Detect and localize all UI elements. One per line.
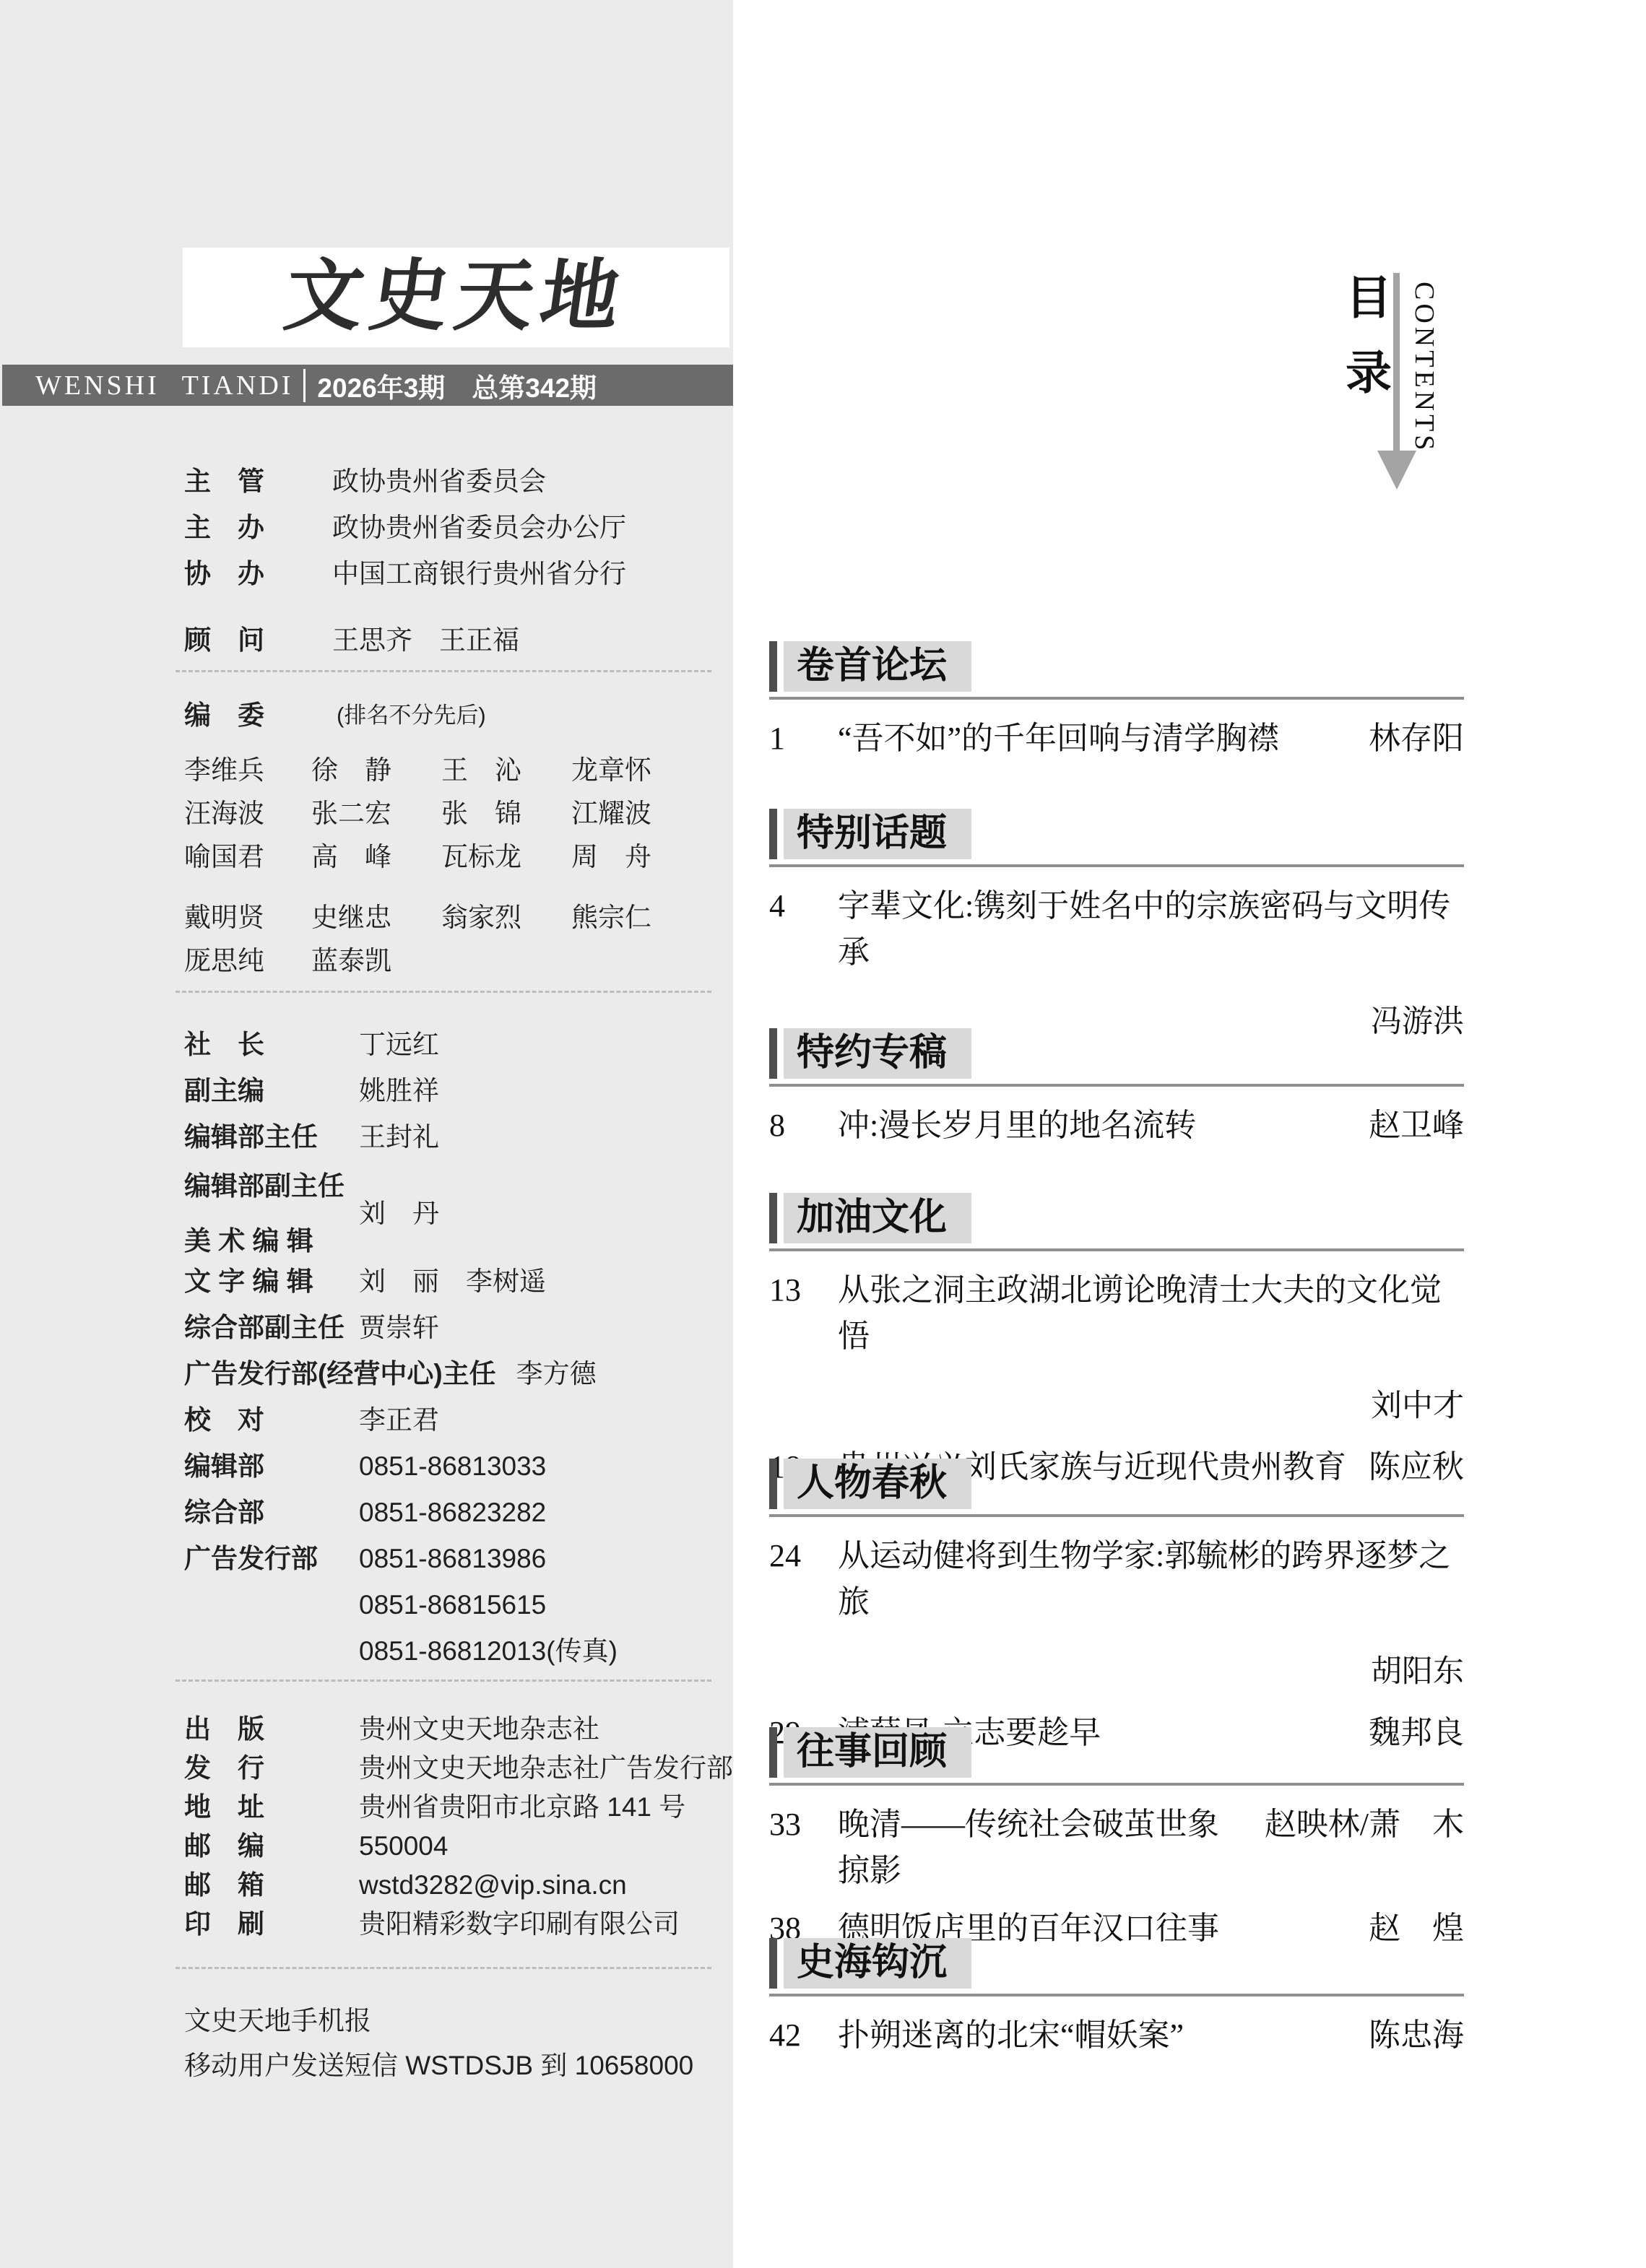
committee-row: 李维兵 徐 静 王 沁 龙章怀 bbox=[184, 748, 716, 787]
staff-label: 编辑部副主任 bbox=[184, 1164, 359, 1203]
article-title: 从张之洞主政湖北谫论晚清士大夫的文化觉悟 bbox=[838, 1267, 1464, 1360]
phone-number: 0851-86812013(传真) bbox=[359, 1635, 618, 1668]
section-accent-bar bbox=[769, 1193, 777, 1243]
staff-row-ad-director: 广告发行部(经营中心)主任 李方德 bbox=[184, 1357, 716, 1391]
committee-member: 徐 静 bbox=[311, 748, 441, 787]
staff-label: 校 对 bbox=[184, 1404, 359, 1437]
committee-member: 厐思纯 bbox=[184, 939, 311, 978]
info-row-supervisor: 主 管 政协贵州省委员会 bbox=[184, 465, 716, 498]
section-accent-bar bbox=[769, 1459, 777, 1509]
article-title: 扑朔迷离的北宋“帽妖案” bbox=[838, 2012, 1354, 2059]
contact-label: 广告发行部 bbox=[184, 1542, 359, 1576]
mobile-news-instruction: 移动用户发送短信 WSTDSJB 到 10658000 bbox=[184, 2043, 693, 2082]
staff-value: 丁远红 bbox=[359, 1028, 439, 1061]
staff-label: 文 字 编 辑 bbox=[184, 1265, 359, 1298]
committee-row: 厐思纯 蓝泰凯 bbox=[184, 939, 716, 978]
info-label: 主 管 bbox=[184, 465, 332, 498]
section-rule bbox=[769, 1514, 1464, 1517]
publishing-value: 贵州省贵阳市北京路 141 号 bbox=[359, 1791, 685, 1824]
magazine-name-pinyin: WENSHI TIANDI bbox=[35, 370, 293, 401]
publishing-label: 发 行 bbox=[184, 1752, 359, 1785]
dashed-divider bbox=[176, 1680, 711, 1682]
page-number: 1 bbox=[769, 716, 838, 762]
page-number: 33 bbox=[769, 1802, 838, 1894]
toc-entry: 24 从运动健将到生物学家:郭毓彬的跨界逐梦之旅 bbox=[769, 1533, 1464, 1625]
committee-member: 周 舟 bbox=[571, 835, 716, 874]
staff-label: 副主编 bbox=[184, 1074, 359, 1108]
staff-row-deputy-editor: 副主编 姚胜祥 bbox=[184, 1074, 716, 1108]
contact-label: 编辑部 bbox=[184, 1450, 359, 1483]
info-value: 政协贵州省委员会 bbox=[332, 465, 546, 498]
staff-value: 李正君 bbox=[359, 1404, 439, 1437]
dashed-divider bbox=[176, 991, 711, 993]
toc-entry: 1 “吾不如”的千年回响与清学胸襟 林存阳 bbox=[769, 716, 1464, 762]
section-title: 往事回顾 bbox=[784, 1727, 971, 1778]
section-title: 卷首论坛 bbox=[784, 641, 971, 692]
committee-row: 喻国君 高 峰 瓦标龙 周 舟 bbox=[184, 835, 716, 874]
committee-member: 戴明贤 bbox=[184, 895, 311, 934]
info-row-advisors: 顾 问 王思齐 王正福 bbox=[184, 624, 716, 657]
issue-bar-divider bbox=[303, 369, 306, 402]
page-number: 8 bbox=[769, 1103, 838, 1149]
masthead-panel: 文史天地 WENSHI TIANDI 2026年3期 总第342期 主 管 政协… bbox=[0, 0, 733, 2268]
contact-row-general: 综合部 0851-86823282 bbox=[184, 1496, 716, 1529]
publishing-label: 地 址 bbox=[184, 1791, 359, 1824]
dashed-divider bbox=[176, 1967, 711, 1969]
staff-label: 社 长 bbox=[184, 1028, 359, 1061]
staff-row-general-deputy: 综合部副主任 贾崇轩 bbox=[184, 1311, 716, 1344]
section-rule bbox=[769, 697, 1464, 700]
article-author: 赵卫峰 bbox=[1369, 1103, 1464, 1149]
publishing-row-postcode: 邮 编 550004 bbox=[184, 1830, 716, 1863]
contact-label bbox=[184, 1589, 359, 1622]
phone-number: 0851-86815615 bbox=[359, 1589, 546, 1622]
article-title: 冲:漫长岁月里的地名流转 bbox=[838, 1103, 1354, 1149]
info-label: 主 办 bbox=[184, 511, 332, 544]
phone-number: 0851-86823282 bbox=[359, 1496, 546, 1529]
magazine-logo: 文史天地 bbox=[280, 258, 632, 336]
toc-entry: 33 晚清——传统社会破茧世象掠影 赵映林/萧 木 bbox=[769, 1802, 1464, 1894]
issue-bar: WENSHI TIANDI 2026年3期 总第342期 bbox=[2, 365, 733, 406]
staff-row-double: 编辑部副主任 美 术 编 辑 刘 丹 bbox=[184, 1164, 716, 1258]
section-rule bbox=[769, 1994, 1464, 1997]
magazine-logo-box: 文史天地 bbox=[183, 248, 729, 347]
toc-section-shihai: 史海钩沉 42 扑朔迷离的北宋“帽妖案” 陈忠海 bbox=[769, 1938, 1464, 2070]
staff-label: 综合部副主任 bbox=[184, 1311, 359, 1344]
staff-row-president: 社 长 丁远红 bbox=[184, 1028, 716, 1061]
publishing-row-email: 邮 箱 wstd3282@vip.sina.cn bbox=[184, 1869, 716, 1902]
section-accent-bar bbox=[769, 1727, 777, 1778]
staff-label: 编辑部主任 bbox=[184, 1121, 359, 1154]
section-header: 加油文化 bbox=[769, 1193, 1464, 1243]
committee-row: 戴明贤 史继忠 翁家烈 熊宗仁 bbox=[184, 895, 716, 934]
issue-number: 2026年3期 总第342期 bbox=[317, 366, 597, 405]
info-label: 顾 问 bbox=[184, 624, 332, 657]
toc-entry: 42 扑朔迷离的北宋“帽妖案” 陈忠海 bbox=[769, 2012, 1464, 2059]
article-title: 字辈文化:镌刻于姓名中的宗族密码与文明传承 bbox=[838, 883, 1464, 976]
article-title: 晚清——传统社会破茧世象掠影 bbox=[838, 1802, 1250, 1894]
article-author: 刘中才 bbox=[769, 1381, 1464, 1425]
staff-value: 贾崇轩 bbox=[359, 1311, 439, 1344]
contact-label: 综合部 bbox=[184, 1496, 359, 1529]
toc-section-tebie: 特别话题 4 字辈文化:镌刻于姓名中的宗族密码与文明传承 冯游洪 bbox=[769, 809, 1464, 1060]
publishing-label: 印 刷 bbox=[184, 1908, 359, 1941]
section-header: 特约专稿 bbox=[769, 1028, 1464, 1079]
staff-value: 姚胜祥 bbox=[359, 1074, 439, 1108]
contact-row-editorial: 编辑部 0851-86813033 bbox=[184, 1450, 716, 1483]
publishing-row-distributor: 发 行 贵州文史天地杂志社广告发行部 bbox=[184, 1752, 716, 1785]
section-accent-bar bbox=[769, 641, 777, 692]
section-title: 特别话题 bbox=[784, 809, 971, 859]
contact-row-ads: 广告发行部 0851-86813986 bbox=[184, 1542, 716, 1576]
committee-member: 王 沁 bbox=[441, 748, 571, 787]
publishing-value: 贵阳精彩数字印刷有限公司 bbox=[359, 1908, 680, 1941]
publishing-value: 贵州文史天地杂志社广告发行部 bbox=[359, 1752, 733, 1785]
section-header: 特别话题 bbox=[769, 809, 1464, 859]
toc-section-renwu: 人物春秋 24 从运动健将到生物学家:郭毓彬的跨界逐梦之旅 胡阳东 29 浦薛凤… bbox=[769, 1459, 1464, 1767]
section-accent-bar bbox=[769, 809, 777, 859]
article-author: 胡阳东 bbox=[769, 1647, 1464, 1691]
phone-number: 0851-86813986 bbox=[359, 1542, 546, 1576]
committee-member: 龙章怀 bbox=[571, 748, 716, 787]
article-author: 赵映林/萧 木 bbox=[1265, 1802, 1464, 1894]
committee-member: 江耀波 bbox=[571, 791, 716, 830]
section-header: 卷首论坛 bbox=[769, 641, 1464, 692]
info-value: 政协贵州省委员会办公厅 bbox=[332, 511, 626, 544]
committee-member: 喻国君 bbox=[184, 835, 311, 874]
info-row-organizer: 主 办 政协贵州省委员会办公厅 bbox=[184, 511, 716, 544]
section-title: 人物春秋 bbox=[784, 1459, 971, 1509]
toc-section-wangshi: 往事回顾 33 晚清——传统社会破茧世象掠影 赵映林/萧 木 38 德明饭店里的… bbox=[769, 1727, 1464, 1963]
committee-note: (排名不分先后) bbox=[337, 702, 486, 730]
info-value: 中国工商银行贵州省分行 bbox=[332, 557, 626, 591]
staff-label: 美 术 编 辑 bbox=[184, 1219, 359, 1258]
contact-row-ads-2: 0851-86815615 bbox=[184, 1589, 716, 1622]
article-author: 陈忠海 bbox=[1369, 2012, 1464, 2059]
phone-number: 0851-86813033 bbox=[359, 1450, 546, 1483]
toc-entry: 4 字辈文化:镌刻于姓名中的宗族密码与文明传承 bbox=[769, 883, 1464, 976]
section-header: 史海钩沉 bbox=[769, 1938, 1464, 1989]
committee-member: 史继忠 bbox=[311, 895, 441, 934]
section-title: 加油文化 bbox=[784, 1193, 971, 1243]
mobile-news-title: 文史天地手机报 bbox=[184, 1999, 371, 2038]
committee-member: 蓝泰凯 bbox=[311, 939, 441, 978]
committee-member: 瓦标龙 bbox=[441, 835, 571, 874]
article-title: 从运动健将到生物学家:郭毓彬的跨界逐梦之旅 bbox=[838, 1533, 1464, 1625]
section-rule bbox=[769, 1783, 1464, 1786]
committee-header: 编 委 (排名不分先后) bbox=[184, 699, 716, 732]
section-rule bbox=[769, 864, 1464, 867]
article-author: 林存阳 bbox=[1369, 716, 1464, 762]
toc-section-jiayou: 加油文化 13 从张之洞主政湖北谫论晚清士大夫的文化觉悟 刘中才 18 贵州兴义… bbox=[769, 1193, 1464, 1501]
info-label: 协 办 bbox=[184, 557, 332, 591]
section-title: 特约专稿 bbox=[784, 1028, 971, 1079]
staff-row-dept-director: 编辑部主任 王封礼 bbox=[184, 1121, 716, 1154]
page-number: 4 bbox=[769, 883, 838, 976]
page-number: 13 bbox=[769, 1267, 838, 1360]
info-value: 王思齐 王正福 bbox=[332, 624, 519, 657]
section-rule bbox=[769, 1084, 1464, 1087]
committee-row: 汪海波 张二宏 张 锦 江耀波 bbox=[184, 791, 716, 830]
committee-member bbox=[441, 939, 571, 978]
section-accent-bar bbox=[769, 1938, 777, 1989]
toc-section-juanshou: 卷首论坛 1 “吾不如”的千年回响与清学胸襟 林存阳 bbox=[769, 641, 1464, 773]
committee-member bbox=[571, 939, 716, 978]
publishing-row-printer: 印 刷 贵阳精彩数字印刷有限公司 bbox=[184, 1908, 716, 1941]
email-address: wstd3282@vip.sina.cn bbox=[359, 1869, 627, 1902]
info-row-coorganizer: 协 办 中国工商银行贵州省分行 bbox=[184, 557, 716, 591]
committee-member: 翁家烈 bbox=[441, 895, 571, 934]
publishing-row-address: 地 址 贵州省贵阳市北京路 141 号 bbox=[184, 1791, 716, 1824]
contact-row-fax: 0851-86812013(传真) bbox=[184, 1635, 716, 1668]
section-header: 人物春秋 bbox=[769, 1459, 1464, 1509]
toc-entry: 8 冲:漫长岁月里的地名流转 赵卫峰 bbox=[769, 1103, 1464, 1149]
publishing-value: 贵州文史天地杂志社 bbox=[359, 1713, 599, 1746]
staff-row-text-editors: 文 字 编 辑 刘 丽 李树遥 bbox=[184, 1265, 716, 1298]
publishing-label: 邮 编 bbox=[184, 1830, 359, 1863]
page-number: 42 bbox=[769, 2012, 838, 2059]
publishing-row-publisher: 出 版 贵州文史天地杂志社 bbox=[184, 1713, 716, 1746]
committee-label: 编 委 bbox=[184, 699, 332, 732]
article-title: “吾不如”的千年回响与清学胸襟 bbox=[838, 716, 1354, 762]
committee-member: 汪海波 bbox=[184, 791, 311, 830]
staff-value: 刘 丹 bbox=[359, 1191, 439, 1230]
toc-column: 卷首论坛 1 “吾不如”的千年回响与清学胸襟 林存阳 特别话题 4 字辈文化:镌… bbox=[769, 0, 1464, 2268]
section-title: 史海钩沉 bbox=[784, 1938, 971, 1989]
committee-member: 高 峰 bbox=[311, 835, 441, 874]
committee-member: 张 锦 bbox=[441, 791, 571, 830]
staff-value: 刘 丽 李树遥 bbox=[359, 1265, 546, 1298]
staff-value: 李方德 bbox=[516, 1357, 597, 1391]
contact-label bbox=[184, 1635, 359, 1668]
staff-label: 广告发行部(经营中心)主任 bbox=[184, 1357, 496, 1391]
publishing-label: 邮 箱 bbox=[184, 1869, 359, 1902]
committee-member: 李维兵 bbox=[184, 748, 311, 787]
magazine-contents-page: { "colors": { "panel_bg": "#ebebeb", "is… bbox=[0, 0, 1646, 2268]
toc-section-teyue: 特约专稿 8 冲:漫长岁月里的地名流转 赵卫峰 bbox=[769, 1028, 1464, 1160]
publishing-value: 550004 bbox=[359, 1830, 448, 1863]
staff-value: 王封礼 bbox=[359, 1121, 439, 1154]
committee-member: 熊宗仁 bbox=[571, 895, 716, 934]
page-number: 24 bbox=[769, 1533, 838, 1625]
staff-row-proofreader: 校 对 李正君 bbox=[184, 1404, 716, 1437]
section-header: 往事回顾 bbox=[769, 1727, 1464, 1778]
committee-member: 张二宏 bbox=[311, 791, 441, 830]
dashed-divider bbox=[176, 670, 711, 672]
section-rule bbox=[769, 1248, 1464, 1251]
section-accent-bar bbox=[769, 1028, 777, 1079]
toc-entry: 13 从张之洞主政湖北谫论晚清士大夫的文化觉悟 bbox=[769, 1267, 1464, 1360]
publishing-label: 出 版 bbox=[184, 1713, 359, 1746]
